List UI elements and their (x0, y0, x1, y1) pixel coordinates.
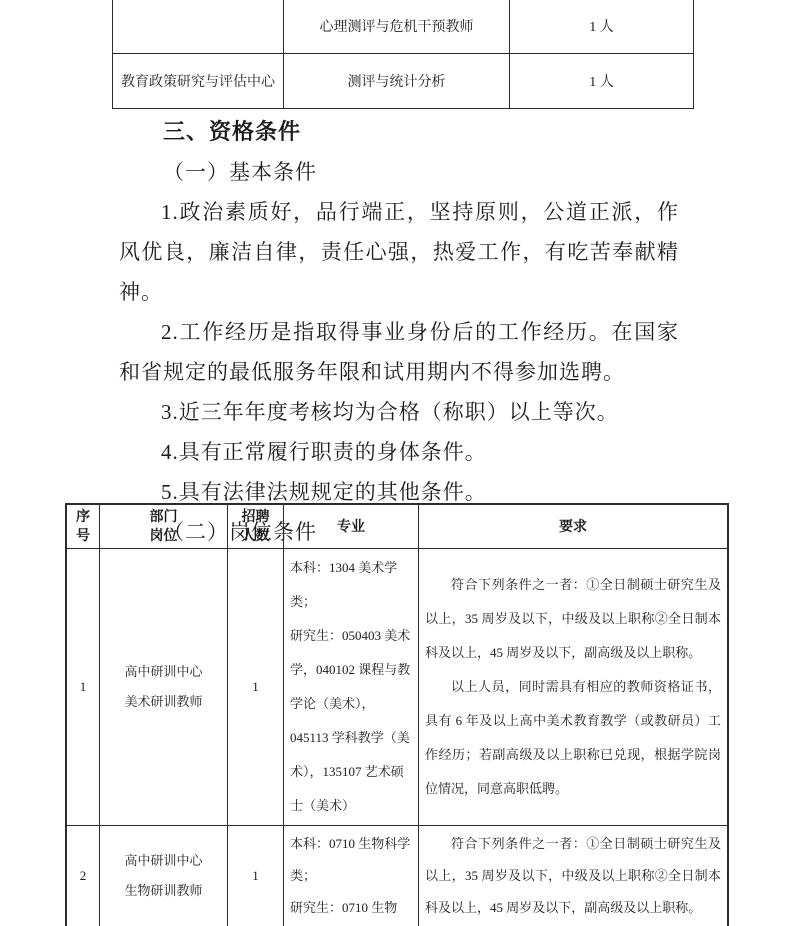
header-requirements: 要求 (419, 504, 729, 548)
department-line: 高中研训中心 (100, 657, 227, 687)
basic-condition-item-4: 4.具有正常履行职责的身体条件。 (119, 432, 679, 472)
cell-department-post: 高中研训中心 生物研训教师 (100, 825, 228, 926)
cell-headcount: 1 人 (510, 53, 694, 108)
cell-headcount: 1 (228, 548, 284, 825)
header-headcount-line2: 人数 (228, 526, 283, 545)
table-row: 心理测评与危机干预教师 1 人 (113, 0, 694, 53)
subsection-basic-conditions-heading: （一）基本条件 (119, 152, 679, 192)
section-qualifications: 三、资格条件 （一）基本条件 1.政治素质好，品行端正，坚持原则，公道正派，作风… (0, 112, 793, 552)
cell-serial-no: 2 (66, 825, 100, 926)
table-row: 1 高中研训中心 美术研训教师 1 本科：1304 美术学类； 研究生：0504… (66, 548, 728, 825)
cell-department: 教育政策研究与评估中心 (113, 53, 284, 108)
major-undergraduate: 本科：1304 美术学类； (290, 551, 412, 619)
requirement-paragraph-1: 符合下列条件之一者：①全日制硕士研究生及以上，35 周岁及以下，中级及以上职称②… (425, 828, 721, 924)
document-page: 心理测评与危机干预教师 1 人 教育政策研究与评估中心 测评与统计分析 1 人 … (0, 0, 793, 926)
cell-headcount: 1 (228, 825, 284, 926)
major-undergraduate: 本科：0710 生物科学类； (290, 828, 412, 892)
table-row: 教育政策研究与评估中心 测评与统计分析 1 人 (113, 53, 694, 108)
major-postgraduate: 研究生：050403 美术学，040102 课程与教学论（美术），045113 … (290, 619, 412, 823)
basic-condition-item-2: 2.工作经历是指取得事业身份后的工作经历。在国家和省规定的最低服务年限和试用期内… (119, 312, 679, 392)
post-conditions-table: 序 号 部门 岗位 招聘 人数 专业 要求 1 高中研训中心 美术研训教师 1 (65, 503, 729, 926)
header-major: 专业 (284, 504, 419, 548)
department-line: 高中研训中心 (100, 846, 227, 876)
table-row: 2 高中研训中心 生物研训教师 1 本科：0710 生物科学类； 研究生：071… (66, 825, 728, 926)
cell-department-post: 高中研训中心 美术研训教师 (100, 548, 228, 825)
cell-requirements: 符合下列条件之一者：①全日制硕士研究生及以上，35 周岁及以下，中级及以上职称②… (419, 825, 729, 926)
cell-post: 心理测评与危机干预教师 (284, 0, 510, 53)
cell-major: 本科：0710 生物科学类； 研究生：0710 生物 (284, 825, 419, 926)
cell-serial-no: 1 (66, 548, 100, 825)
section-heading: 三、资格条件 (119, 112, 679, 152)
table-header-row: 序 号 部门 岗位 招聘 人数 专业 要求 (66, 504, 728, 548)
requirement-paragraph-1: 符合下列条件之一者：①全日制硕士研究生及以上，35 周岁及以下，中级及以上职称②… (425, 568, 721, 670)
cell-department (113, 0, 284, 53)
previous-page-posts-table: 心理测评与危机干预教师 1 人 教育政策研究与评估中心 测评与统计分析 1 人 (112, 0, 694, 109)
header-serial-no-line2: 号 (67, 526, 99, 545)
header-headcount: 招聘 人数 (228, 504, 284, 548)
post-line: 美术研训教师 (100, 687, 227, 717)
basic-condition-item-1: 1.政治素质好，品行端正，坚持原则，公道正派，作风优良，廉洁自律，责任心强，热爱… (119, 192, 679, 312)
post-line: 生物研训教师 (100, 876, 227, 906)
cell-post: 测评与统计分析 (284, 53, 510, 108)
requirement-paragraph-2: 以上人员，同时需具有相应的教师资格证书，具有 6 年及以上高中美术教育教学（或教… (425, 670, 721, 806)
header-department-post: 部门 岗位 (100, 504, 228, 548)
header-department-line1: 部门 (100, 507, 227, 526)
major-postgraduate: 研究生：0710 生物 (290, 892, 412, 924)
header-serial-no-line1: 序 (67, 507, 99, 526)
basic-condition-item-3: 3.近三年年度考核均为合格（称职）以上等次。 (119, 392, 679, 432)
header-department-line2: 岗位 (100, 526, 227, 545)
cell-requirements: 符合下列条件之一者：①全日制硕士研究生及以上，35 周岁及以下，中级及以上职称②… (419, 548, 729, 825)
header-headcount-line1: 招聘 (228, 507, 283, 526)
cell-major: 本科：1304 美术学类； 研究生：050403 美术学，040102 课程与教… (284, 548, 419, 825)
header-serial-no: 序 号 (66, 504, 100, 548)
cell-headcount: 1 人 (510, 0, 694, 53)
